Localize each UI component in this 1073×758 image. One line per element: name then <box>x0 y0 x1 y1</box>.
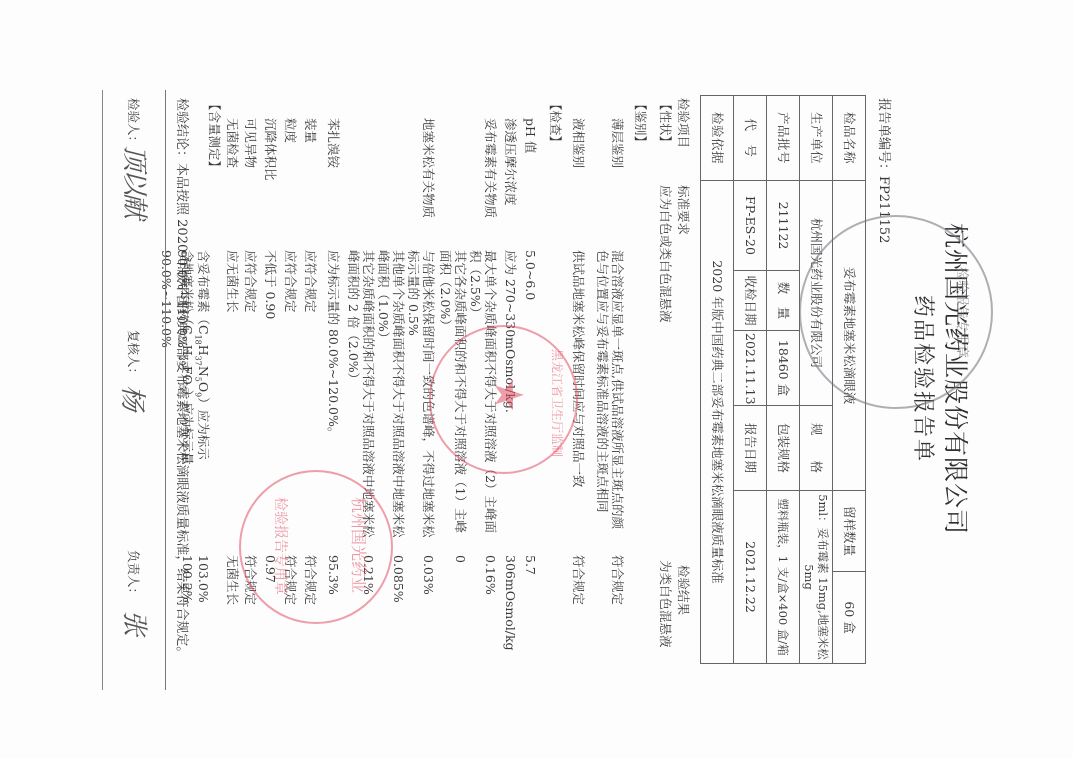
inspection-report-page: 杭州国光药业股份有限公司 药品检验报告单 报告单编号：FP211152 检品名称… <box>0 0 1073 758</box>
inspection-standard: 应无菌生长 <box>225 250 240 540</box>
inspection-item-name: pH 值 <box>523 118 538 153</box>
inspection-result: 306mOsmol/kg <box>503 555 518 651</box>
basis-value: 2020 年版中国药典二部妥布霉素地塞米松滴眼液质量标准 <box>701 181 734 664</box>
inspection-result: 0.16% <box>483 555 498 595</box>
inspection-standard: 混合溶液应显单一斑点,供试品溶液所显主斑点的颜色与位置应与妥布霉素标准品溶液的主… <box>595 250 625 540</box>
packaging-label: 包装规格 <box>767 406 800 491</box>
inspection-item-name: 苯扎溴铵 <box>326 118 341 168</box>
star-icon: ★ <box>485 377 531 413</box>
red-seal-lower-line1: 杭州国光药业 <box>348 497 371 593</box>
inspection-item-name: 地塞米松有关物质 <box>421 118 436 218</box>
inspection-standard: 应符合规定 <box>243 250 258 540</box>
inspection-result: 103.0% <box>196 555 211 603</box>
inspection-result: 无菌生长 <box>225 555 240 605</box>
product-name-label: 检品名称 <box>833 96 866 181</box>
section-title: 【鉴别】 <box>633 98 648 148</box>
section-title: 【含量测定】 <box>207 98 222 173</box>
column-heading-item: 检验项目 <box>676 98 691 148</box>
inspection-item-name: 沉降体积比 <box>263 118 278 181</box>
code-label: 代 号 <box>734 96 767 181</box>
red-round-seal-upper: ★ 黑龙江省卫生厅监制 <box>429 325 578 474</box>
inspection-item-name: 妥布霉素有关物质 <box>483 118 498 218</box>
column-heading-standard: 标准要求 <box>676 185 691 235</box>
report-number-label: 报告单编号： <box>876 98 891 176</box>
spec-label: 规 格 <box>800 406 833 491</box>
inspector-label: 检验人： <box>125 98 143 148</box>
code-value: FP-ES-20 <box>734 181 767 271</box>
gray-round-seal: 检验报告专用章 <box>799 215 993 409</box>
inspection-result: 符合规定 <box>610 555 625 605</box>
inspection-item-name: 可见异物 <box>243 118 258 168</box>
director-signature: 张 <box>118 610 155 634</box>
batch-value: 211122 <box>767 181 800 271</box>
divider <box>165 90 166 690</box>
column-heading-result: 检验结果 <box>676 565 691 615</box>
conclusion-text: 本品按照 2020 年版中国药典二部妥布霉素地塞米松滴眼液质量标准，结果符合规定… <box>174 163 189 659</box>
inspection-result: 为类白色混悬液 <box>658 560 673 648</box>
inspection-item-name: 液相鉴别 <box>571 118 586 168</box>
director-label: 负责人： <box>125 550 143 600</box>
reviewer-label: 复核人： <box>125 330 143 380</box>
received-date-label: 收检日期 <box>734 271 767 331</box>
report-date-value: 2021.12.22 <box>734 491 767 664</box>
table-row: 代 号 FP-ES-20 收检日期 2021.11.13 报告日期 2021.1… <box>734 96 767 664</box>
inspection-item-name: 装量 <box>303 118 318 143</box>
inspection-item-name: 粒度 <box>283 118 298 143</box>
inspection-result: 5.7 <box>523 555 538 575</box>
section-title: 【性状】 <box>658 98 673 148</box>
inspection-result: 0 <box>453 555 468 563</box>
batch-label: 产品批号 <box>767 96 800 181</box>
inspection-standard: 应为白色或类白色混悬液 <box>658 185 673 475</box>
basis-label: 检验依据 <box>701 96 734 181</box>
manufacturer-label: 生产单位 <box>800 96 833 181</box>
quantity-label: 数 量 <box>767 271 800 331</box>
quantity-value: 18460 盒 <box>767 331 800 406</box>
retained-qty-cell: 留样数量 60 盒 <box>833 491 866 664</box>
inspection-item-name: 薄层鉴别 <box>610 118 625 168</box>
conclusion: 检验结论：本品按照 2020 年版中国药典二部妥布霉素地塞米松滴眼液质量标准，结… <box>174 98 193 659</box>
inspection-result: 符合规定 <box>571 555 586 605</box>
report-date-label: 报告日期 <box>734 406 767 491</box>
inspection-standard: 其他单个杂质峰面积不得大于对照品溶液中地塞米松峰面积（1.0%） <box>376 250 406 540</box>
red-seal-upper-text: 黑龙江省卫生厅监制 <box>549 349 566 457</box>
retained-qty-value: 60 盒 <box>842 572 856 663</box>
spec-value: 5ml：妥布霉素 15mg,地塞米松 5mg <box>800 491 833 664</box>
inspection-result: 0.085% <box>391 555 406 603</box>
red-seal-lower-line2: 检验报告专用章 <box>271 497 291 595</box>
inspection-result: 0.03% <box>421 555 436 595</box>
inspection-item-name: 渗透压摩尔浓度 <box>503 118 518 206</box>
conclusion-label: 检验结论： <box>174 98 189 163</box>
gray-seal-text: 检验报告专用章 <box>954 267 973 358</box>
reviewer-signature: 杨 <box>116 385 153 409</box>
inspection-item-name: 无菌检查 <box>225 118 240 168</box>
retained-qty-label: 留样数量 <box>833 491 865 572</box>
received-date-value: 2021.11.13 <box>734 331 767 406</box>
table-row: 产品批号 211122 数 量 18460 盒 包装规格 塑料瓶装，1 支/盒×… <box>767 96 800 664</box>
signature-line <box>102 90 103 690</box>
inspector-signature: 顶以献 <box>118 145 155 217</box>
packaging-value: 塑料瓶装，1 支/盒×400 盒/箱 <box>767 491 800 664</box>
red-round-seal-lower: 杭州国光药业 检验报告专用章 <box>239 470 393 624</box>
section-title: 【检查】 <box>548 98 563 148</box>
table-row: 检验依据 2020 年版中国药典二部妥布霉素地塞米松滴眼液质量标准 <box>701 96 734 664</box>
